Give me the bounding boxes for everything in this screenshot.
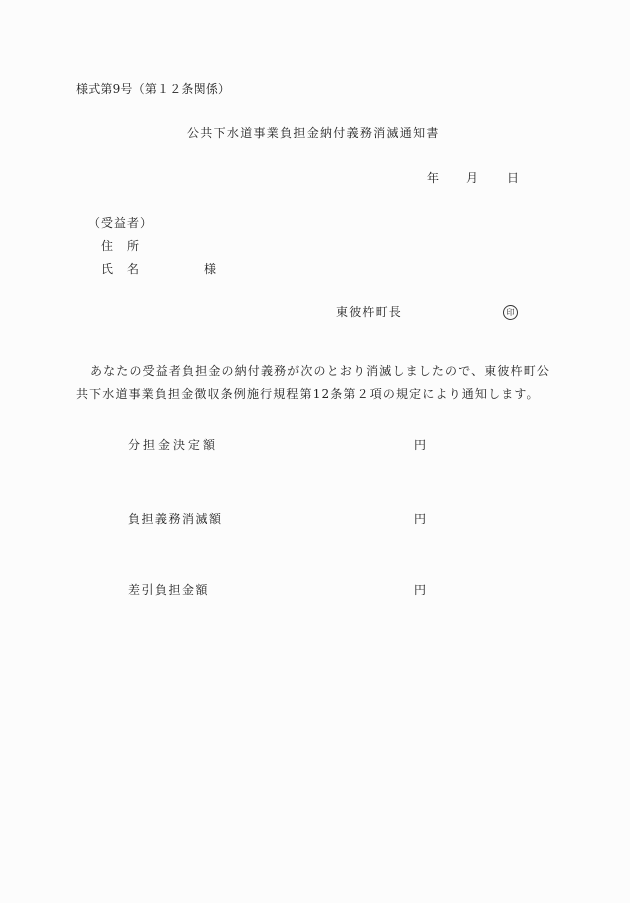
name-label-char-2: 名 <box>127 262 139 276</box>
form-number: 様式第9号（第１２条関係） <box>76 83 230 95</box>
issuer-title: 東彼杵町長 <box>336 306 402 318</box>
item-label-balance-amount: 差引負担金額 <box>128 584 209 596</box>
item-label-extinguished-amount: 負担義務消滅額 <box>128 513 223 525</box>
name-label-char-1: 氏 <box>101 262 113 276</box>
address-label: 住所 <box>101 240 139 252</box>
item-unit-extinguished-amount: 円 <box>414 513 426 525</box>
notice-body: あなたの受益者負担金の納付義務が次のとおり消滅しましたので、東彼杵町公共下水道事… <box>76 360 556 406</box>
document-title: 公共下水道事業負担金納付義務消滅通知書 <box>187 127 440 139</box>
recipient-heading: （受益者） <box>88 217 153 229</box>
address-label-char-2: 所 <box>127 239 139 253</box>
date-day-label: 日 <box>507 172 519 184</box>
item-label-allotment-amount: 分担金決定額 <box>128 439 218 451</box>
date-year-label: 年 <box>427 172 439 184</box>
name-label: 氏名 <box>101 263 139 275</box>
seal-icon: 印 <box>503 305 518 320</box>
honorific: 様 <box>204 263 216 275</box>
item-unit-allotment-amount: 円 <box>414 439 426 451</box>
date-month-label: 月 <box>466 172 478 184</box>
address-label-char-1: 住 <box>101 239 113 253</box>
item-unit-balance-amount: 円 <box>414 584 426 596</box>
